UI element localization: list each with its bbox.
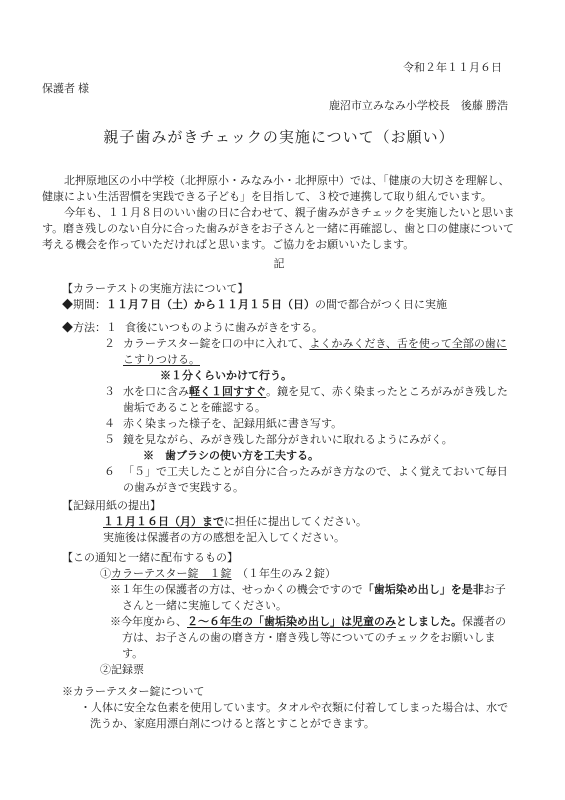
period-rest: の間で都合がつく日に実施 xyxy=(315,299,447,311)
document-date: 令和２年１１月６日 xyxy=(42,60,516,76)
item-name-underlined: カラーテスター錠 １錠 xyxy=(111,568,232,580)
step-number: ４ xyxy=(104,416,115,432)
distribution-note-2: ※今年度から、２～６年生の「歯垢染め出し」は児童のみとしました。保護者の方は、お… xyxy=(42,614,516,662)
item-marker: ① xyxy=(100,568,111,580)
step-text: 食後にいつものように歯みがきをする。 xyxy=(125,322,323,334)
step-text: 鏡を見ながら、みがき残した部分がきれいに取れるようにみがく。 xyxy=(123,434,453,446)
addressee: 保護者 様 xyxy=(42,81,516,97)
ki-marker: 記 xyxy=(42,256,516,272)
distribution-item-1: ①カラーテスター錠 １錠 （１年生のみ２錠） xyxy=(100,566,516,582)
section-method-header: 【カラーテストの実施方法について】 xyxy=(62,281,516,297)
submission-note: 実施後は保護者の方の感想を記入してください。 xyxy=(103,530,516,546)
step-number: １ xyxy=(106,320,125,336)
method-step-2: ２カラーテスター錠を口の中に入れて、よくかみくだき、舌を使って全部の歯にこすりつ… xyxy=(42,336,516,368)
section-distribution-header: 【この通知と一緒に配布するもの】 xyxy=(62,550,516,566)
method-step-5-note: ※ 歯ブラシの使い方を工夫する。 xyxy=(143,448,516,464)
method-step-6: ６「５」で工夫したことが自分に合ったみがき方なので、よく覚えておいて毎日の歯みが… xyxy=(42,464,516,496)
document-page: 令和２年１１月６日 保護者 様 鹿沼市立みなみ小学校長 後藤 勝浩 親子歯みがき… xyxy=(0,0,565,800)
method-step-1: ◆方法：１食後にいつものように歯みがきをする。 xyxy=(62,320,516,336)
step-text-emphasis: 軽く１回すすぐ xyxy=(189,386,266,398)
note-text-bold: 「歯垢染め出し」を是非 xyxy=(363,584,484,596)
section-submission-header: 【記録用紙の提出】 xyxy=(62,498,516,514)
document-title: 親子歯みがきチェックの実施について（お願い） xyxy=(42,127,516,149)
period-dates: １１月７日（土）から１１月１５日（日） xyxy=(106,299,315,311)
submission-deadline: １１月１６日（月）まで xyxy=(103,516,224,528)
step-text: カラーテスター錠を口の中に入れて、 xyxy=(123,338,309,350)
item-name: 記録票 xyxy=(111,664,144,676)
method-step-4: ４赤く染まった様子を、記録用紙に書き写す。 xyxy=(42,416,516,432)
tester-note: ・人体に安全な色素を使用しています。タオルや衣類に付着してしまった場合は、水で洗… xyxy=(42,700,516,732)
item-suffix: （１年生のみ２錠） xyxy=(232,568,337,580)
step-number: ５ xyxy=(104,432,115,448)
step-text: 赤く染まった様子を、記録用紙に書き写す。 xyxy=(123,418,342,430)
distribution-note-1: ※１年生の保護者の方は、せっかくの機会ですので「歯垢染め出し」を是非お子さんと一… xyxy=(42,582,516,614)
step-text: 水を口に含み xyxy=(123,386,189,398)
note-text-emphasis: ２～６年生の「歯垢染め出し」は児童のみ xyxy=(187,616,396,628)
note-text-bold: としました。 xyxy=(396,616,462,628)
step-number: ６ xyxy=(104,464,115,480)
distribution-item-2: ②記録票 xyxy=(100,662,516,678)
section-tester-header: ※カラーテスター錠について xyxy=(62,684,516,700)
period-label: ◆期間： xyxy=(62,299,106,311)
item-marker: ② xyxy=(100,664,111,676)
note-text: ※１年生の保護者の方は、せっかくの機会ですので xyxy=(110,584,363,596)
step-number: ２ xyxy=(104,336,115,352)
note-text: ※今年度から、 xyxy=(110,616,187,628)
intro-paragraph-1: 北押原地区の小中学校（北押原小・みなみ小・北押原中）では、「健康の大切さを理解し… xyxy=(42,173,516,205)
submission-deadline-line: １１月１６日（月）までに担任に提出してください。 xyxy=(103,514,516,530)
sender-signature: 鹿沼市立みなみ小学校長 後藤 勝浩 xyxy=(42,98,516,114)
step-number: ３ xyxy=(104,384,115,400)
method-step-2-note: ※１分くらいかけて行う。 xyxy=(160,368,516,384)
method-step-5: ５鏡を見ながら、みがき残した部分がきれいに取れるようにみがく。 xyxy=(42,432,516,448)
intro-paragraph-2: 今年も、１１月８日のいい歯の日に合わせて、親子歯みがきチェックを実施したいと思い… xyxy=(42,205,516,253)
method-step-3: ３水を口に含み軽く１回すすぐ。鏡を見て、赤く染まったところがみがき残した歯垢であ… xyxy=(42,384,516,416)
period-line: ◆期間：１１月７日（土）から１１月１５日（日）の間で都合がつく日に実施 xyxy=(62,297,516,313)
method-label: ◆方法： xyxy=(62,322,106,334)
submission-deadline-rest: に担任に提出してください。 xyxy=(224,516,367,528)
step-text: 「５」で工夫したことが自分に合ったみがき方なので、よく覚えておいて毎日の歯みがき… xyxy=(123,466,508,494)
